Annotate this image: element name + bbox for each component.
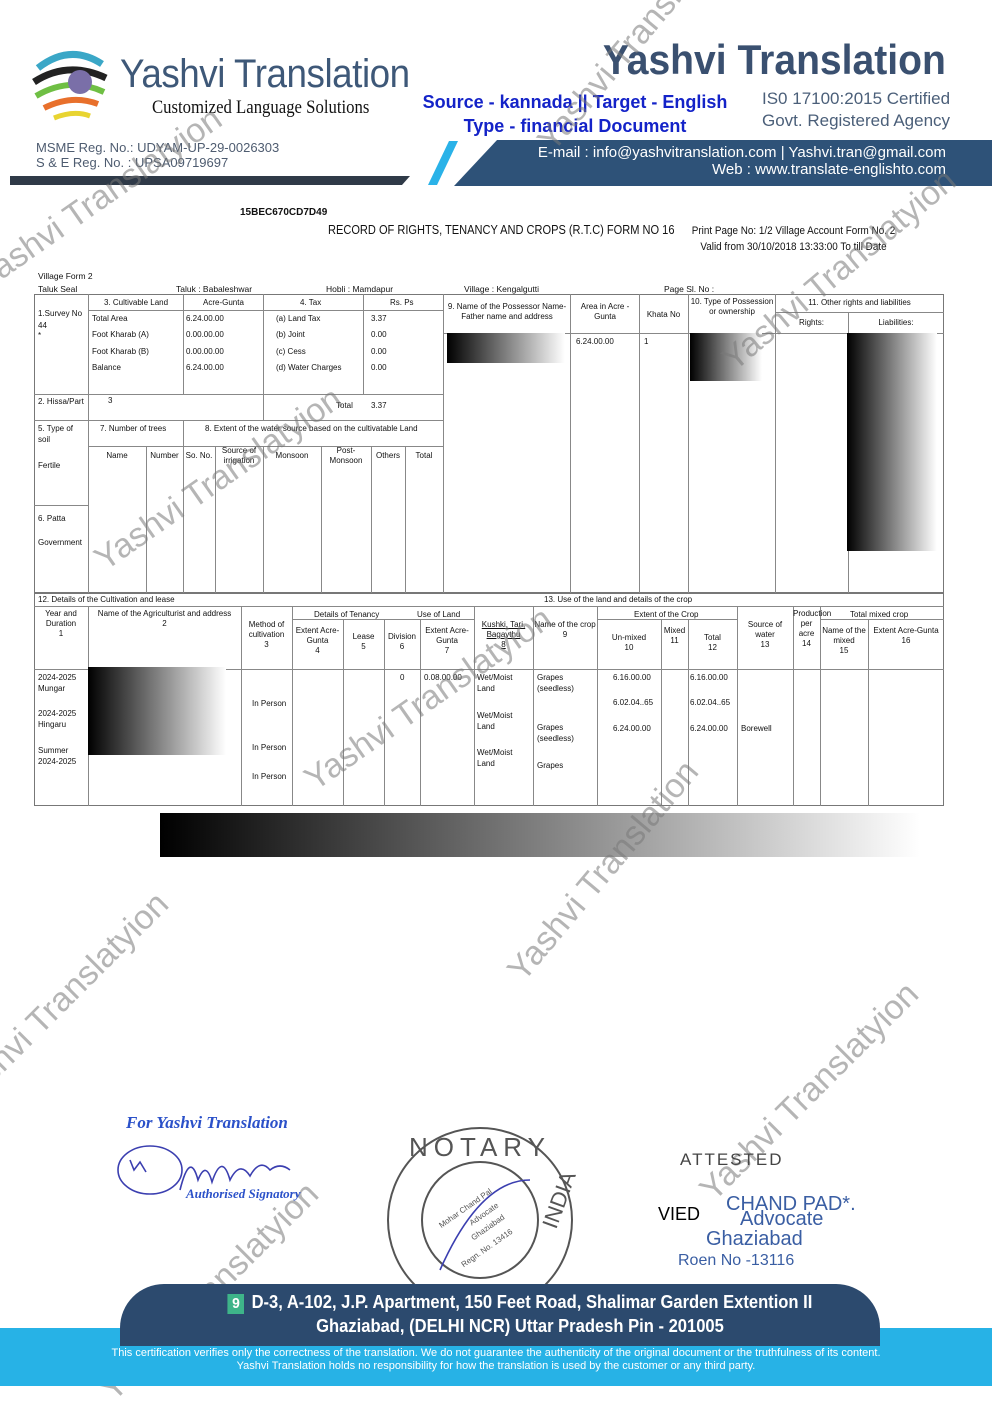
redacted-liabilities xyxy=(847,333,937,551)
land-label-2: Foot Kharab (B) xyxy=(92,346,149,357)
svg-text:INDIA: INDIA xyxy=(537,1168,580,1232)
redacted-bar xyxy=(160,813,920,857)
hdr-tenancy: Details of Tenancy xyxy=(314,609,379,620)
tax-value-1: 0.00 xyxy=(371,329,387,340)
row1-total: 6.02.04..65 xyxy=(690,697,730,708)
hdr-extent-crop: Extent of the Crop xyxy=(634,609,698,620)
row0-land: Wet/Moist Land xyxy=(477,672,527,694)
survey-label: 1.Survey No xyxy=(38,308,82,319)
soil-label: 5. Type of soil xyxy=(38,423,86,445)
water-col-0: So. No. xyxy=(183,451,215,461)
hdr-mixed-name: Name of the mixed15 xyxy=(820,626,868,656)
water-col-4: Others xyxy=(371,451,405,461)
hissa-label: 2. Hissa/Part xyxy=(38,396,84,407)
row1-method: In Person xyxy=(252,742,286,753)
hdr-agri: Name of the Agriculturist and address2 xyxy=(88,609,241,629)
msme-reg: MSME Reg. No.: UDYAM-UP-29-0026303 xyxy=(36,140,279,155)
row0-total: 6.16.00.00 xyxy=(690,672,728,683)
tree-number-header: Number xyxy=(146,451,183,461)
land-value-1: 0.00.00.00 xyxy=(186,329,224,340)
watermark: Yashvi Translatyion xyxy=(0,885,177,1119)
row1-land: Wet/Moist Land xyxy=(477,710,527,732)
possession-header: 10. Type of Possession or ownership xyxy=(690,297,774,317)
valid-from: Valid from 30/10/2018 13:33:00 To till D… xyxy=(690,239,897,255)
row1-season: Hingaru xyxy=(38,719,66,730)
row2-unmixed: 6.24.00.00 xyxy=(613,723,651,734)
source-target: Source - kannada || Target - English xyxy=(405,90,745,114)
row2-year: Summer xyxy=(38,745,68,756)
location-pin-icon: 9 xyxy=(228,1294,245,1314)
area-value: 6.24.00.00 xyxy=(576,336,614,347)
land-label-3: Balance xyxy=(92,362,121,373)
acre-header: Acre-Gunta xyxy=(203,297,244,308)
total-value: 3.37 xyxy=(371,400,387,411)
page-sl: Page Sl. No : xyxy=(664,284,714,294)
row0-crop: Grapes (seedless) xyxy=(537,672,587,694)
brand-name-right: Yashvi Translation xyxy=(603,36,946,84)
globe-logo-icon xyxy=(28,38,112,122)
watermark: Yashvi Translatyion xyxy=(692,975,926,1209)
row2-total: 6.24.00.00 xyxy=(690,723,728,734)
redacted-possessor xyxy=(447,333,565,363)
other-rights-header: 11. Other rights and liabilities xyxy=(775,298,944,308)
hdr-mixed-extent: Extent Acre-Gunta16 xyxy=(868,626,944,646)
hdr-year: Year and Duration1 xyxy=(34,609,88,639)
govt-registered: Govt. Registered Agency xyxy=(762,110,950,132)
header-divider xyxy=(10,176,410,185)
patta-value: Government xyxy=(38,537,82,548)
tax-value-3: 0.00 xyxy=(371,362,387,373)
redacted-possession xyxy=(690,333,762,381)
hdr-division: Division6 xyxy=(384,632,420,652)
tax-label-3: (d) Water Charges xyxy=(276,362,342,373)
total-label: Total xyxy=(336,400,353,411)
email-line[interactable]: E-mail : info@yashvitranslation.com | Ya… xyxy=(538,144,946,161)
water-col-2: Monsoon xyxy=(263,451,321,461)
liabilities-header: Liabilities: xyxy=(848,318,944,328)
for-company-label: For Yashvi Translation xyxy=(126,1113,288,1133)
authorised-signatory: Authorised Signatory xyxy=(186,1186,301,1202)
hdr-total: Total12 xyxy=(688,633,737,653)
village: Village : Kengalgutti xyxy=(464,284,539,294)
hdr-extent4: Extent Acre-Gunta4 xyxy=(292,626,343,656)
water-col-5: Total xyxy=(405,451,443,461)
cultivable-header: 3. Cultivable Land xyxy=(104,297,168,308)
row1-unmixed: 6.02.04..65 xyxy=(613,697,653,708)
row2-crop: Grapes xyxy=(537,760,563,771)
soil-value: Fertile xyxy=(38,460,60,471)
vied-text: VIED xyxy=(658,1204,700,1225)
form-title: RECORD OF RIGHTS, TENANCY AND CROPS (R.T… xyxy=(328,222,674,237)
row0-method: In Person xyxy=(252,698,286,709)
tagline: Customized Language Solutions xyxy=(152,97,369,119)
row0-season: Mungar xyxy=(38,683,65,694)
patta-label: 6. Patta xyxy=(38,513,66,524)
watermark: Yashvi Translatyion xyxy=(0,99,229,299)
water-header: 8. Extent of the water source based on t… xyxy=(205,423,418,434)
iso-cert: IS0 17100:2015 Certified xyxy=(762,88,950,110)
tax-value-0: 3.37 xyxy=(371,313,387,324)
land-value-0: 6.24.00.00 xyxy=(186,313,224,324)
print-info: Print Page No: 1/2 Village Account Form … xyxy=(690,223,897,255)
taluk-seal: Taluk Seal xyxy=(38,284,77,294)
hdr-water: Source of water13 xyxy=(737,620,793,650)
registration-info: MSME Reg. No.: UDYAM-UP-29-0026303 S & E… xyxy=(36,140,279,170)
hdr-total-mixed: Total mixed crop xyxy=(850,609,908,620)
tax-label-0: (a) Land Tax xyxy=(276,313,320,324)
land-value-2: 0.00.00.00 xyxy=(186,346,224,357)
hdr-use-of-land: Use of Land xyxy=(417,609,460,620)
web-line[interactable]: Web : www.translate-englishto.com xyxy=(538,161,946,178)
land-value-3: 6.24.00.00 xyxy=(186,362,224,373)
contact-info: E-mail : info@yashvitranslation.com | Ya… xyxy=(538,144,946,178)
rights-header: Rights: xyxy=(775,318,848,328)
footer-address: 9D-3, A-102, J.P. Apartment, 150 Feet Ro… xyxy=(189,1290,851,1338)
tax-label-1: (b) Joint xyxy=(276,329,305,340)
village-form: Village Form 2 xyxy=(38,271,93,281)
hdr-kushki: Kushki, Tari, Bagaythu8 xyxy=(474,620,533,650)
hobli: Hobli : Mamdapur xyxy=(326,284,393,294)
water-col-1: Source of irrigation xyxy=(215,446,263,466)
tax-header: 4. Tax xyxy=(300,297,321,308)
tree-name-header: Name xyxy=(88,451,146,461)
hdr-prod: Production per acre14 xyxy=(793,609,820,649)
disclaimer: This certification verifies only the cor… xyxy=(40,1347,952,1373)
se-reg: S & E Reg. No. : UPSA09719697 xyxy=(36,155,279,170)
hissa-value: 3 xyxy=(108,395,112,406)
survey-mark: * xyxy=(38,330,41,341)
redacted-agriculturist xyxy=(88,667,226,755)
row2-land: Wet/Moist Land xyxy=(477,747,527,769)
water-col-3: Post-Monsoon xyxy=(321,446,371,466)
advocate-block: Advocate Ghaziabad xyxy=(706,1209,823,1249)
print-page: Print Page No: 1/2 Village Account Form … xyxy=(690,223,897,239)
row2-water: Borewell xyxy=(741,723,772,734)
hdr-mixed: Mixed11 xyxy=(661,626,688,646)
taluk: Taluk : Babaleshwar xyxy=(176,284,252,294)
regn-number: Roen No -13116 xyxy=(678,1252,794,1270)
land-label-0: Total Area xyxy=(92,313,128,324)
form-code: 15BEC670CD7D49 xyxy=(240,207,327,218)
row0-year: 2024-2025 xyxy=(38,672,76,683)
hdr-method: Method of cultivation3 xyxy=(241,620,292,650)
row0-division: 0 xyxy=(400,672,404,683)
row0-extent7: 0.08.00.00 xyxy=(424,672,462,683)
section12-title: 12. Details of the Cultivation and lease xyxy=(38,594,175,605)
tax-label-2: (c) Cess xyxy=(276,346,306,357)
area-header: Area in Acre - Gunta xyxy=(575,302,635,322)
row1-year: 2024-2025 xyxy=(38,708,76,719)
row0-unmixed: 6.16.00.00 xyxy=(613,672,651,683)
row2-season: 2024-2025 xyxy=(38,756,76,767)
land-label-1: Foot Kharab (A) xyxy=(92,329,149,340)
khata-value: 1 xyxy=(644,336,648,347)
possessor-header: 9. Name of the Possessor Name- Father na… xyxy=(446,302,568,322)
language-info: Source - kannada || Target - English Typ… xyxy=(405,90,745,138)
hdr-unmixed: Un-mixed10 xyxy=(597,633,661,653)
row1-crop: Grapes (seedless) xyxy=(537,722,587,744)
attested-stamp: ATTESTED xyxy=(680,1150,784,1170)
hdr-crop: Name of the crop9 xyxy=(533,620,597,640)
svg-text:NOTARY: NOTARY xyxy=(409,1132,551,1162)
header-accent-slash xyxy=(428,141,458,185)
section13-title: 13. Use of the land and details of the c… xyxy=(544,594,692,605)
hdr-extent7: Extent Acre-Gunta7 xyxy=(420,626,474,656)
brand-name-left: Yashvi Translation xyxy=(120,52,410,97)
document-type: Type - financial Document xyxy=(405,114,745,138)
rs-header: Rs. Ps xyxy=(390,297,414,308)
certification-info: IS0 17100:2015 Certified Govt. Registere… xyxy=(762,88,950,132)
row2-method: In Person xyxy=(252,771,286,782)
tax-value-2: 0.00 xyxy=(371,346,387,357)
khata-header: Khata No xyxy=(639,310,688,320)
trees-header: 7. Number of trees xyxy=(100,423,166,434)
hdr-lease: Lease5 xyxy=(343,632,384,652)
